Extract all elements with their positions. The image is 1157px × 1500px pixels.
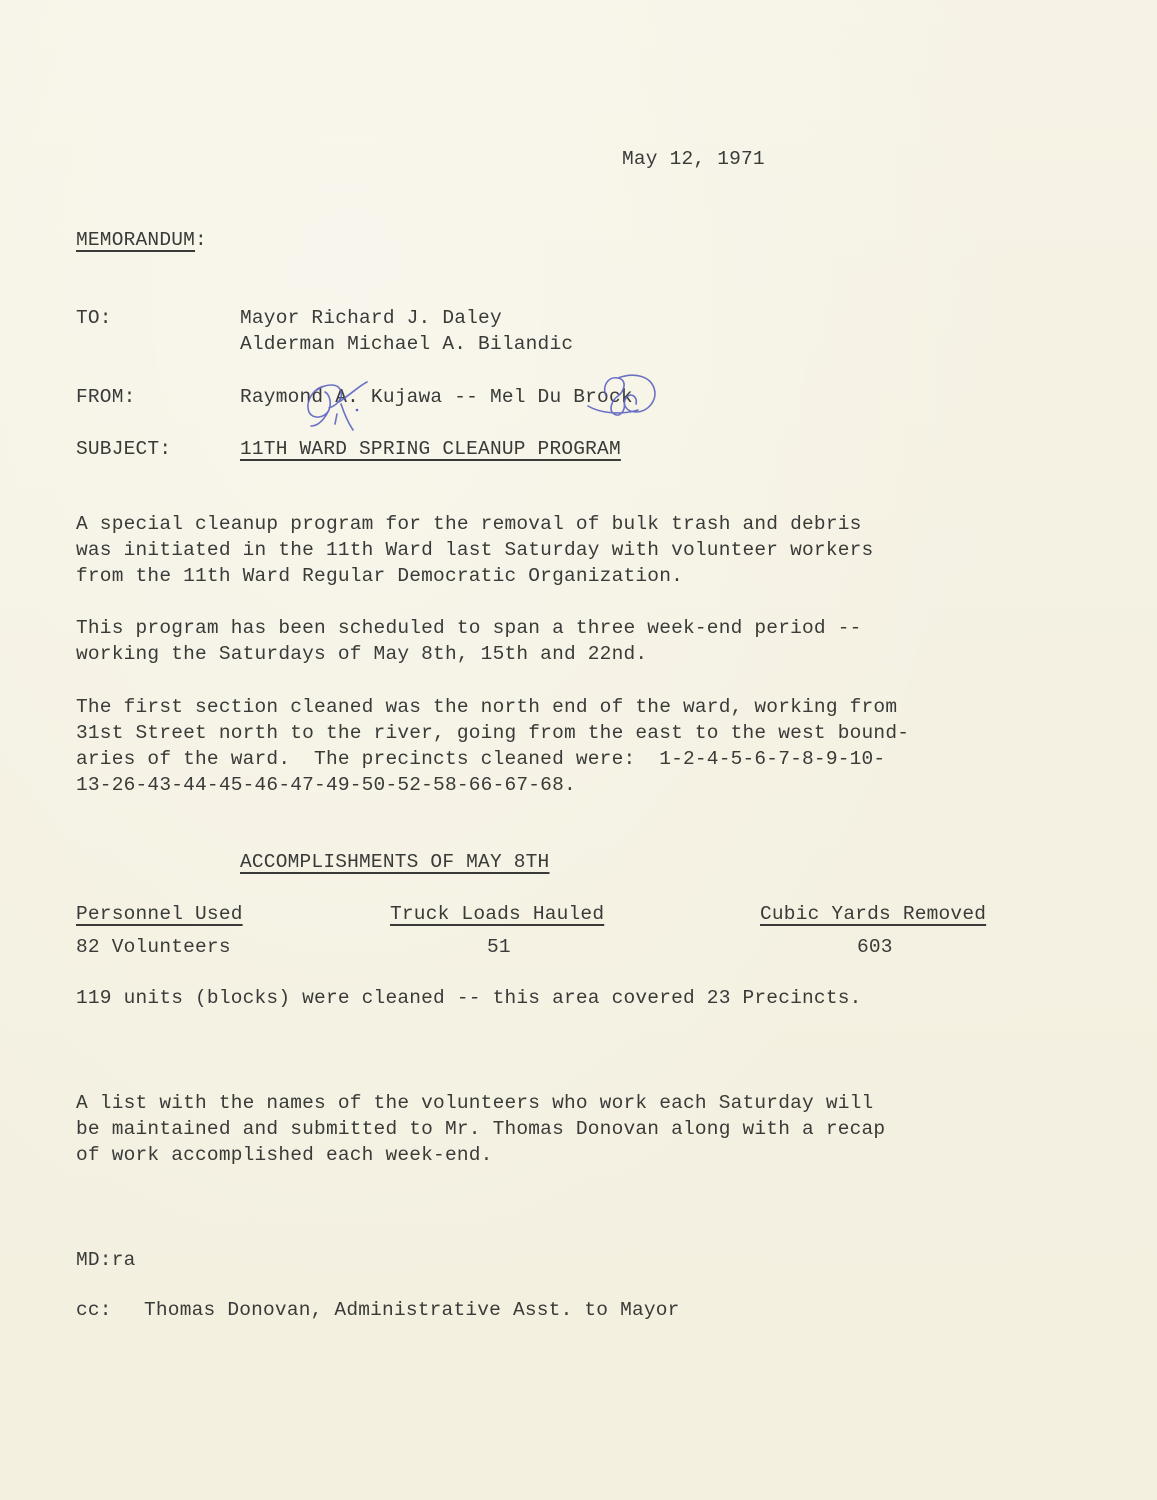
column-header-truck-loads: Truck Loads Hauled: [390, 903, 604, 925]
paragraph-3-line-2: 31st Street north to the river, going fr…: [76, 720, 909, 746]
memo-heading: MEMORANDUM:: [76, 229, 207, 251]
subject-value: 11TH WARD SPRING CLEANUP PROGRAM: [240, 438, 621, 460]
to-recipient-2: Alderman Michael A. Bilandic: [240, 333, 573, 355]
cc-label: cc:: [76, 1299, 112, 1321]
column-header-personnel: Personnel Used: [76, 903, 243, 925]
column-header-cubic-yards: Cubic Yards Removed: [760, 903, 986, 925]
memo-heading-colon: :: [195, 229, 207, 251]
accomplishments-title: ACCOMPLISHMENTS OF MAY 8TH: [240, 851, 549, 873]
to-recipient-1: Mayor Richard J. Daley: [240, 307, 502, 329]
from-label: FROM:: [76, 386, 136, 408]
subject-label: SUBJECT:: [76, 438, 171, 460]
paragraph-1-line-2: was initiated in the 11th Ward last Satu…: [76, 537, 873, 563]
paragraph-3-line-4: 13-26-43-44-45-46-47-49-50-52-58-66-67-6…: [76, 772, 576, 798]
accomplishments-summary: 119 units (blocks) were cleaned -- this …: [76, 987, 862, 1009]
paragraph-2-line-1: This program has been scheduled to span …: [76, 615, 862, 641]
value-truck-loads: 51: [487, 936, 511, 958]
from-value: Raymond A. Kujawa -- Mel Du Brock: [240, 386, 633, 408]
cc-value: Thomas Donovan, Administrative Asst. to …: [144, 1299, 680, 1321]
paragraph-2-line-2: working the Saturdays of May 8th, 15th a…: [76, 641, 647, 667]
value-cubic-yards: 603: [857, 936, 893, 958]
closing-line-2: be maintained and submitted to Mr. Thoma…: [76, 1116, 885, 1142]
memo-page: May 12, 1971 MEMORANDUM: TO: Mayor Richa…: [0, 0, 1157, 1500]
closing-line-1: A list with the names of the volunteers …: [76, 1090, 873, 1116]
paragraph-1-line-3: from the 11th Ward Regular Democratic Or…: [76, 563, 683, 589]
paragraph-3-line-3: aries of the ward. The precincts cleaned…: [76, 746, 885, 772]
memo-date: May 12, 1971: [622, 148, 765, 170]
to-label: TO:: [76, 307, 112, 329]
paragraph-1-line-1: A special cleanup program for the remova…: [76, 511, 862, 537]
reference-initials: MD:ra: [76, 1249, 136, 1271]
memo-heading-text: MEMORANDUM: [76, 229, 195, 251]
closing-line-3: of work accomplished each week-end.: [76, 1142, 493, 1168]
paragraph-3-line-1: The first section cleaned was the north …: [76, 694, 897, 720]
value-personnel: 82 Volunteers: [76, 936, 231, 958]
